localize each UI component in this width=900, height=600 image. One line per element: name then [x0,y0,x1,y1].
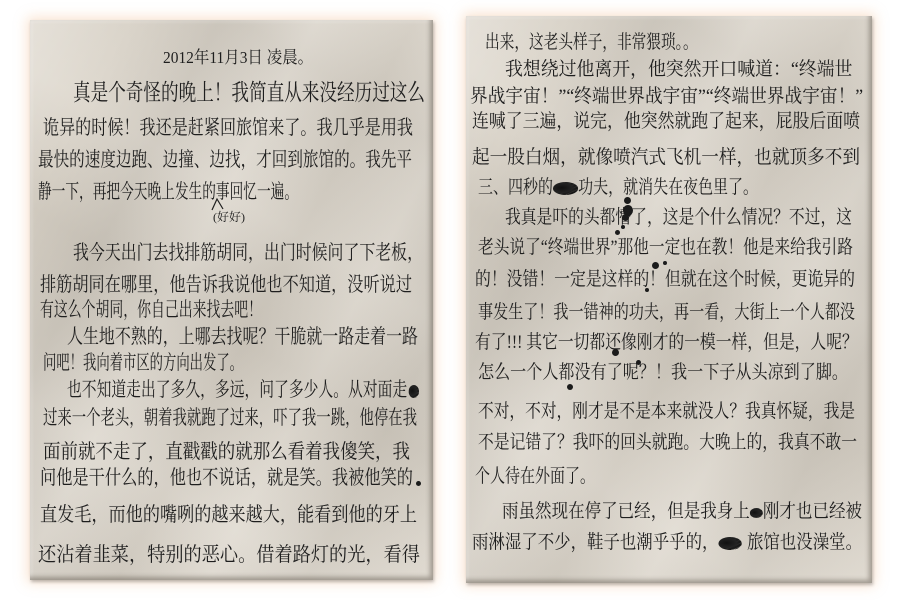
text-line: 起一股白烟，就像喷汽式飞机一样，也就顶多不到 [472,147,860,170]
text-segment: 问他是干什么的，他也不说话，就是笑。我被他笑的 [40,467,413,489]
text-line: 界战宇宙！”“终端世界战宇宙”“终端世界战宇宙！” [470,86,863,109]
text-line: 事发生了！我一错神的功夫，再一看，大街上一个人都没 [478,302,855,325]
text-segment: 诡异的时候！我还是赶紧回旅馆来了。我几乎是用我 [43,117,413,139]
crossed-out-scribble [718,537,741,550]
text-segment: 老头说了“终端世界”那他一定也在教！他是来给我引路 [478,237,853,258]
ink-blot [652,262,659,269]
text-line: 怎么一个人都没有了呢？！我一下子从头凉到了脚。 [478,362,848,385]
text-line: 连喊了三遍，说完，他突然就跑了起来，屁股后面喷 [472,111,860,134]
ink-blot [624,197,631,204]
crossed-out-scribble [553,182,578,195]
text-line: 有这么个胡同，你自己出来找去吧！ [40,298,262,322]
text-line: 三、四秒的功夫，就消失在夜色里了。 [478,177,758,200]
text-line: 不是记错了？我吓的回头就跑。大晚上的，我真不敢一 [478,432,857,455]
text-line: 的！没错！一定是这样的！但就在这个时候，更诡异的 [475,269,855,292]
ink-blot [645,288,649,292]
text-line: 真是个奇怪的晚上！我简直从来没经历过这么 [73,79,425,107]
text-line: 我今天出门去找排筋胡同，出门时候问了下老板， [73,241,423,265]
text-segment: 旅馆也没澡堂。 [747,532,862,553]
text-line: 排筋胡同在哪里，他告诉我说他也不知道，没听说过 [40,273,412,297]
text-segment: 有这么个胡同，你自己出来找去吧！ [40,299,262,321]
ink-blot [622,214,629,221]
ink-blot [663,261,667,265]
text-segment: 连喊了三遍，说完，他突然就跑了起来，屁股后面喷 [472,111,860,132]
text-line: 问吧！我向着市区的方向出发了。 [43,351,243,375]
ink-blot [612,349,619,356]
text-segment: 我想绕过他离开，他突然开口喊道：“终端世 [505,59,852,80]
text-line: 雨淋湿了不少，鞋子也潮乎乎的，旅馆也没澡堂。 [472,532,862,555]
text-line: 老头说了“终端世界”那他一定也在教！他是来给我引路 [478,237,853,260]
crossed-out-scribble [750,508,763,518]
text-line: 诡异的时候！我还是赶紧回旅馆来了。我几乎是用我 [43,116,413,140]
text-line: 直发毛，而他的嘴咧的越来越大，能看到他的牙上 [40,503,417,527]
text-segment: 我真是吓的头都懵了，这是个什么情况？不过，这 [505,207,852,228]
text-line: 最快的速度边跑、边撞、边找，才回到旅馆的。我先平 [38,148,412,172]
text-segment: 人生地不熟的，上哪去找呢？干脆就一路走着一路 [67,326,418,348]
text-segment: 排筋胡同在哪里，他告诉我说他也不知道，没听说过 [40,274,412,296]
ink-blot [621,225,625,229]
text-line: 过来一个老头，朝着我就跑了过来，吓了我一跳，他停在我 [43,406,417,430]
letter-page-right: 出来，这老头样子，非常猥琐。。 我想绕过他离开，他突然开口喊道：“终端世 界战宇… [466,16,872,583]
insertion-caret-icon [211,197,225,211]
text-segment: 直发毛，而他的嘴咧的越来越大，能看到他的牙上 [40,504,417,526]
text-segment: 最快的速度边跑、边撞、边找，才回到旅馆的。我先平 [38,149,412,171]
text-line: 我想绕过他离开，他突然开口喊道：“终端世 [505,59,852,82]
text-segment: 个人待在外面了。 [475,466,595,487]
text-segment: 真是个奇怪的晚上！我简直从来没经历过这么 [73,80,425,105]
text-line: 面前就不走了，直戳戳的就那么看着我傻笑，我 [43,440,410,464]
text-segment: 有了!!! 其它一切都还像刚才的一模一样，但是，人呢？ [475,332,858,353]
text-segment: 面前就不走了，直戳戳的就那么看着我傻笑，我 [43,441,410,463]
text-line: 人生地不熟的，上哪去找呢？干脆就一路走着一路 [67,325,418,349]
letter-date-heading: 2012年11月3日 凌晨。 [163,48,313,68]
text-segment: 静一下，再把今天晚上发生的事回忆一遍。 [38,181,298,203]
insertion-note: (好好) [213,210,253,224]
text-segment: 不是记错了？我吓的回头就跑。大晚上的，我真不敢一 [478,432,857,453]
text-line: 静一下，再把今天晚上发生的事回忆一遍。 [38,180,298,204]
text-segment: 出来，这老头样子，非常猥琐。。 [485,32,698,53]
text-segment: 还沾着韭菜，特别的恶心。借着路灯的光，看得 [38,544,420,566]
text-line: 我真是吓的头都懵了，这是个什么情况？不过，这 [505,207,852,230]
text-line: 问他是干什么的，他也不说话，就是笑。我被他笑的 [40,466,413,490]
text-segment: 雨虽然现在停了已经，但是我身上 [502,501,750,522]
text-line: 也不知道走出了多久，多远，问了多少人。从对面走 [67,378,419,402]
text-segment: 的！没错！一定是这样的！但就在这个时候，更诡异的 [475,269,855,290]
text-segment: 问吧！我向着市区的方向出发了。 [43,352,243,374]
text-segment: 刚才也已经被 [763,501,862,522]
ink-blot [416,481,421,486]
text-segment: 雨淋湿了不少，鞋子也潮乎乎的， [472,532,718,553]
crossed-out-scribble [409,385,419,398]
text-segment: 怎么一个人都没有了呢？！我一下子从头凉到了脚。 [478,362,848,383]
text-segment: 三、四秒的 [478,177,553,198]
text-line: 还沾着韭菜，特别的恶心。借着路灯的光，看得 [38,543,420,567]
ink-blot [567,384,573,390]
text-line: 不对，不对，刚才是不是本来就没人？我真怀疑，我是 [478,401,855,424]
text-segment: 界战宇宙！”“终端世界战宇宙”“终端世界战宇宙！” [470,86,863,107]
letter-page-left: 2012年11月3日 凌晨。 真是个奇怪的晚上！我简直从来没经历过这么 诡异的时… [30,20,433,580]
text-segment: 不对，不对，刚才是不是本来就没人？我真怀疑，我是 [478,401,855,422]
text-segment: 过来一个老头，朝着我就跑了过来，吓了我一跳，他停在我 [43,407,417,429]
text-line: 个人待在外面了。 [475,466,595,489]
text-line: 雨虽然现在停了已经，但是我身上刚才也已经被 [502,501,862,524]
text-segment: 也不知道走出了多久，多远，问了多少人。从对面走 [67,379,407,401]
text-line: 出来，这老头样子，非常猥琐。。 [485,32,698,55]
ink-blot [615,230,620,235]
text-segment: 起一股白烟，就像喷汽式飞机一样，也就顶多不到 [472,147,860,168]
ink-blot [636,360,641,365]
text-segment: 我今天出门去找排筋胡同，出门时候问了下老板， [73,242,423,264]
text-line: 有了!!! 其它一切都还像刚才的一模一样，但是，人呢？ [475,332,858,355]
text-segment: 功夫，就消失在夜色里了。 [578,177,758,198]
text-segment: 事发生了！我一错神的功夫，再一看，大街上一个人都没 [478,302,855,323]
